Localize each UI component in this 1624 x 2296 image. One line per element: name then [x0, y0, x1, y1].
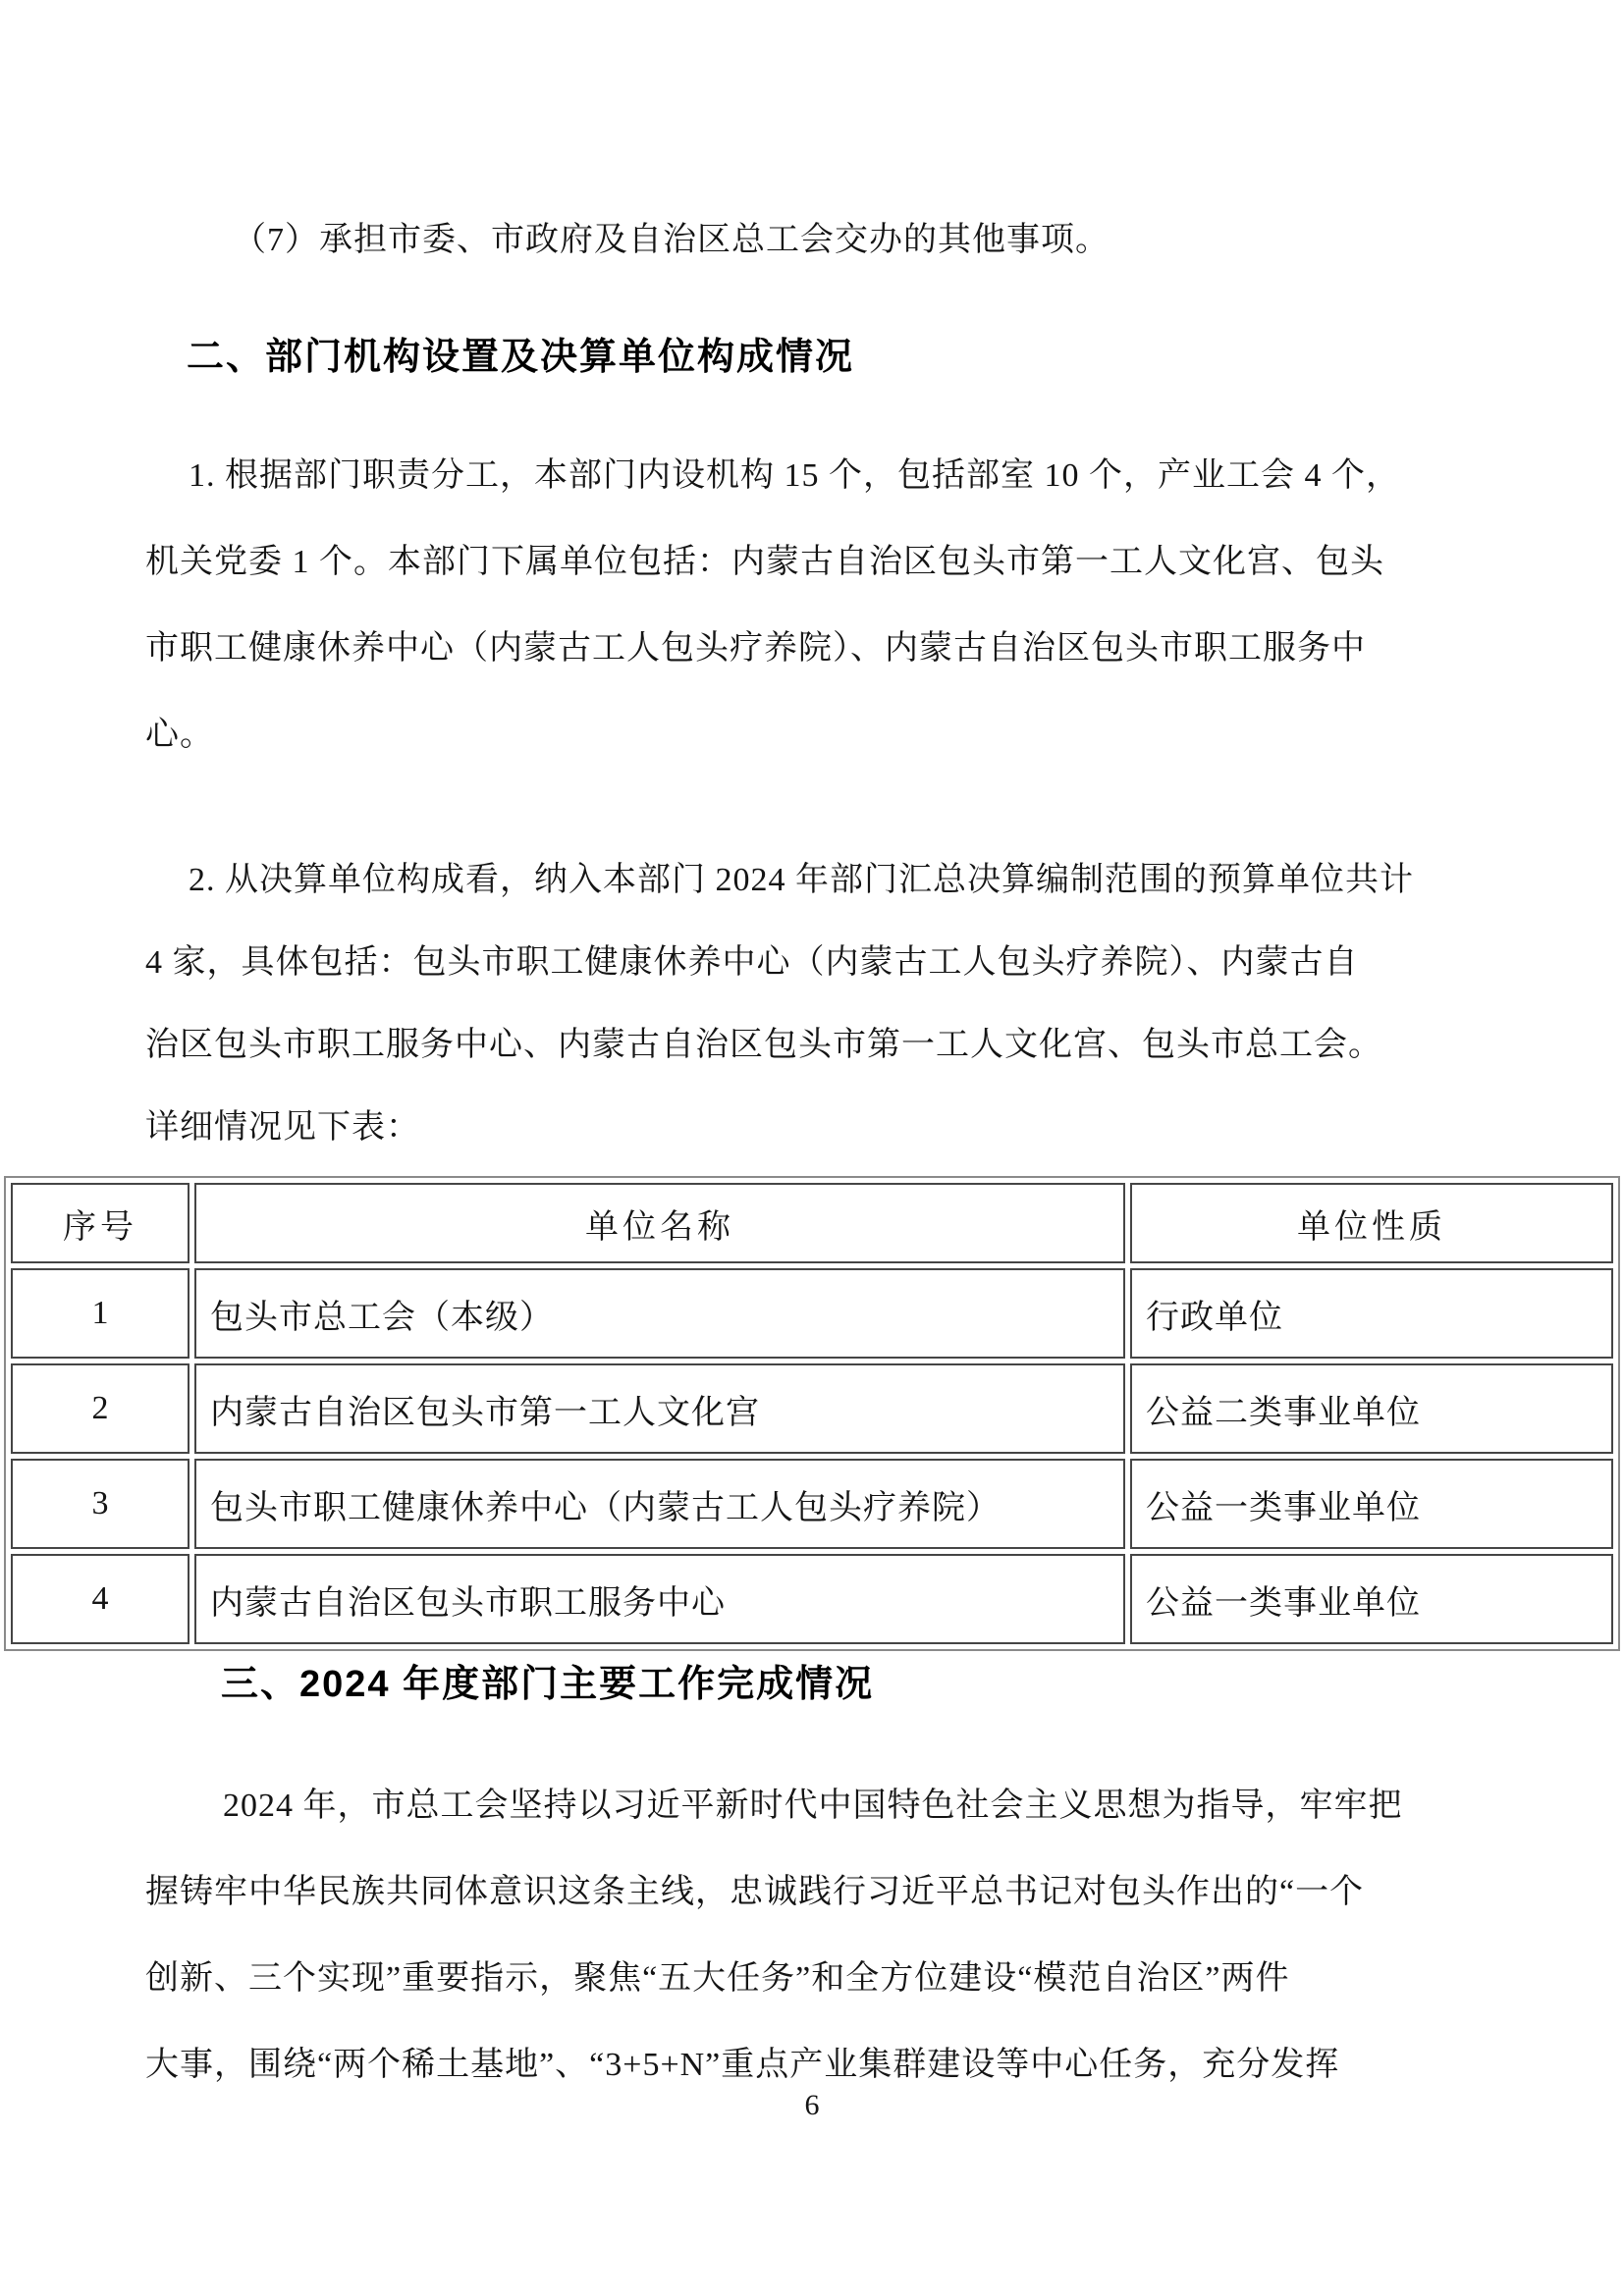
header-cell-index: 序号	[11, 1183, 189, 1263]
paragraph-line: 握铸牢中华民族共同体意识这条主线，忠诚践行习近平总书记对包头作出的“一个	[145, 1849, 1473, 1936]
paragraph-line: 1. 根据部门职责分工，本部门内设机构 15 个，包括部室 10 个，产业工会 …	[145, 433, 1473, 519]
units-table: 序号 单位名称 单位性质 1 包头市总工会（本级） 行政单位 2 内蒙古自治区包…	[4, 1176, 1620, 1651]
cell-unit-nature: 行政单位	[1130, 1268, 1613, 1359]
cell-index: 2	[11, 1363, 189, 1454]
paragraph-line: 市职工健康休养中心（内蒙古工人包头疗养院）、内蒙古自治区包头市职工服务中	[145, 606, 1473, 692]
cell-unit-name: 内蒙古自治区包头市职工服务中心	[194, 1554, 1125, 1644]
paragraph-main-work: 2024 年，市总工会坚持以习近平新时代中国特色社会主义思想为指导，牢牢把 握铸…	[145, 1763, 1473, 2109]
header-cell-unit-nature: 单位性质	[1130, 1183, 1613, 1263]
paragraph-line: （7）承担市委、市政府及自治区总工会交办的其他事项。	[145, 197, 1473, 284]
cell-unit-nature: 公益一类事业单位	[1130, 1554, 1613, 1644]
page-number: 6	[0, 2086, 1624, 2125]
table-row: 3 包头市职工健康休养中心（内蒙古工人包头疗养院） 公益一类事业单位	[11, 1459, 1613, 1549]
paragraph-duty-item-7: （7）承担市委、市政府及自治区总工会交办的其他事项。	[145, 197, 1473, 284]
paragraph-line: 机关党委 1 个。本部门下属单位包括：内蒙古自治区包头市第一工人文化宫、包头	[145, 519, 1473, 606]
section-2-heading: 二、部门机构设置及决算单位构成情况	[187, 332, 854, 383]
paragraph-organization: 1. 根据部门职责分工，本部门内设机构 15 个，包括部室 10 个，产业工会 …	[145, 433, 1473, 778]
table-row: 2 内蒙古自治区包头市第一工人文化宫 公益二类事业单位	[11, 1363, 1613, 1454]
paragraph-budget-units: 2. 从决算单位构成看，纳入本部门 2024 年部门汇总决算编制范围的预算单位共…	[145, 839, 1473, 1169]
cell-index: 1	[11, 1268, 189, 1359]
cell-unit-name: 内蒙古自治区包头市第一工人文化宫	[194, 1363, 1125, 1454]
table-row: 1 包头市总工会（本级） 行政单位	[11, 1268, 1613, 1359]
paragraph-line: 心。	[145, 692, 1473, 778]
paragraph-line: 2024 年，市总工会坚持以习近平新时代中国特色社会主义思想为指导，牢牢把	[145, 1763, 1473, 1849]
paragraph-line: 2. 从决算单位构成看，纳入本部门 2024 年部门汇总决算编制范围的预算单位共…	[145, 839, 1473, 922]
document-page: （7）承担市委、市政府及自治区总工会交办的其他事项。 二、部门机构设置及决算单位…	[0, 0, 1624, 2296]
cell-unit-nature: 公益一类事业单位	[1130, 1459, 1613, 1549]
paragraph-line: 治区包头市职工服务中心、内蒙古自治区包头市第一工人文化宫、包头市总工会。	[145, 1004, 1473, 1087]
cell-unit-nature: 公益二类事业单位	[1130, 1363, 1613, 1454]
cell-index: 3	[11, 1459, 189, 1549]
paragraph-line: 详细情况见下表：	[145, 1087, 1473, 1169]
cell-unit-name: 包头市职工健康休养中心（内蒙古工人包头疗养院）	[194, 1459, 1125, 1549]
header-cell-unit-name: 单位名称	[194, 1183, 1125, 1263]
paragraph-line: 4 家，具体包括：包头市职工健康休养中心（内蒙古工人包头疗养院）、内蒙古自	[145, 922, 1473, 1004]
section-3-heading: 三、2024 年度部门主要工作完成情况	[221, 1659, 874, 1710]
cell-index: 4	[11, 1554, 189, 1644]
table-header-row: 序号 单位名称 单位性质	[11, 1183, 1613, 1263]
paragraph-line: 创新、三个实现”重要指示，聚焦“五大任务”和全方位建设“模范自治区”两件	[145, 1936, 1473, 2022]
table-row: 4 内蒙古自治区包头市职工服务中心 公益一类事业单位	[11, 1554, 1613, 1644]
cell-unit-name: 包头市总工会（本级）	[194, 1268, 1125, 1359]
